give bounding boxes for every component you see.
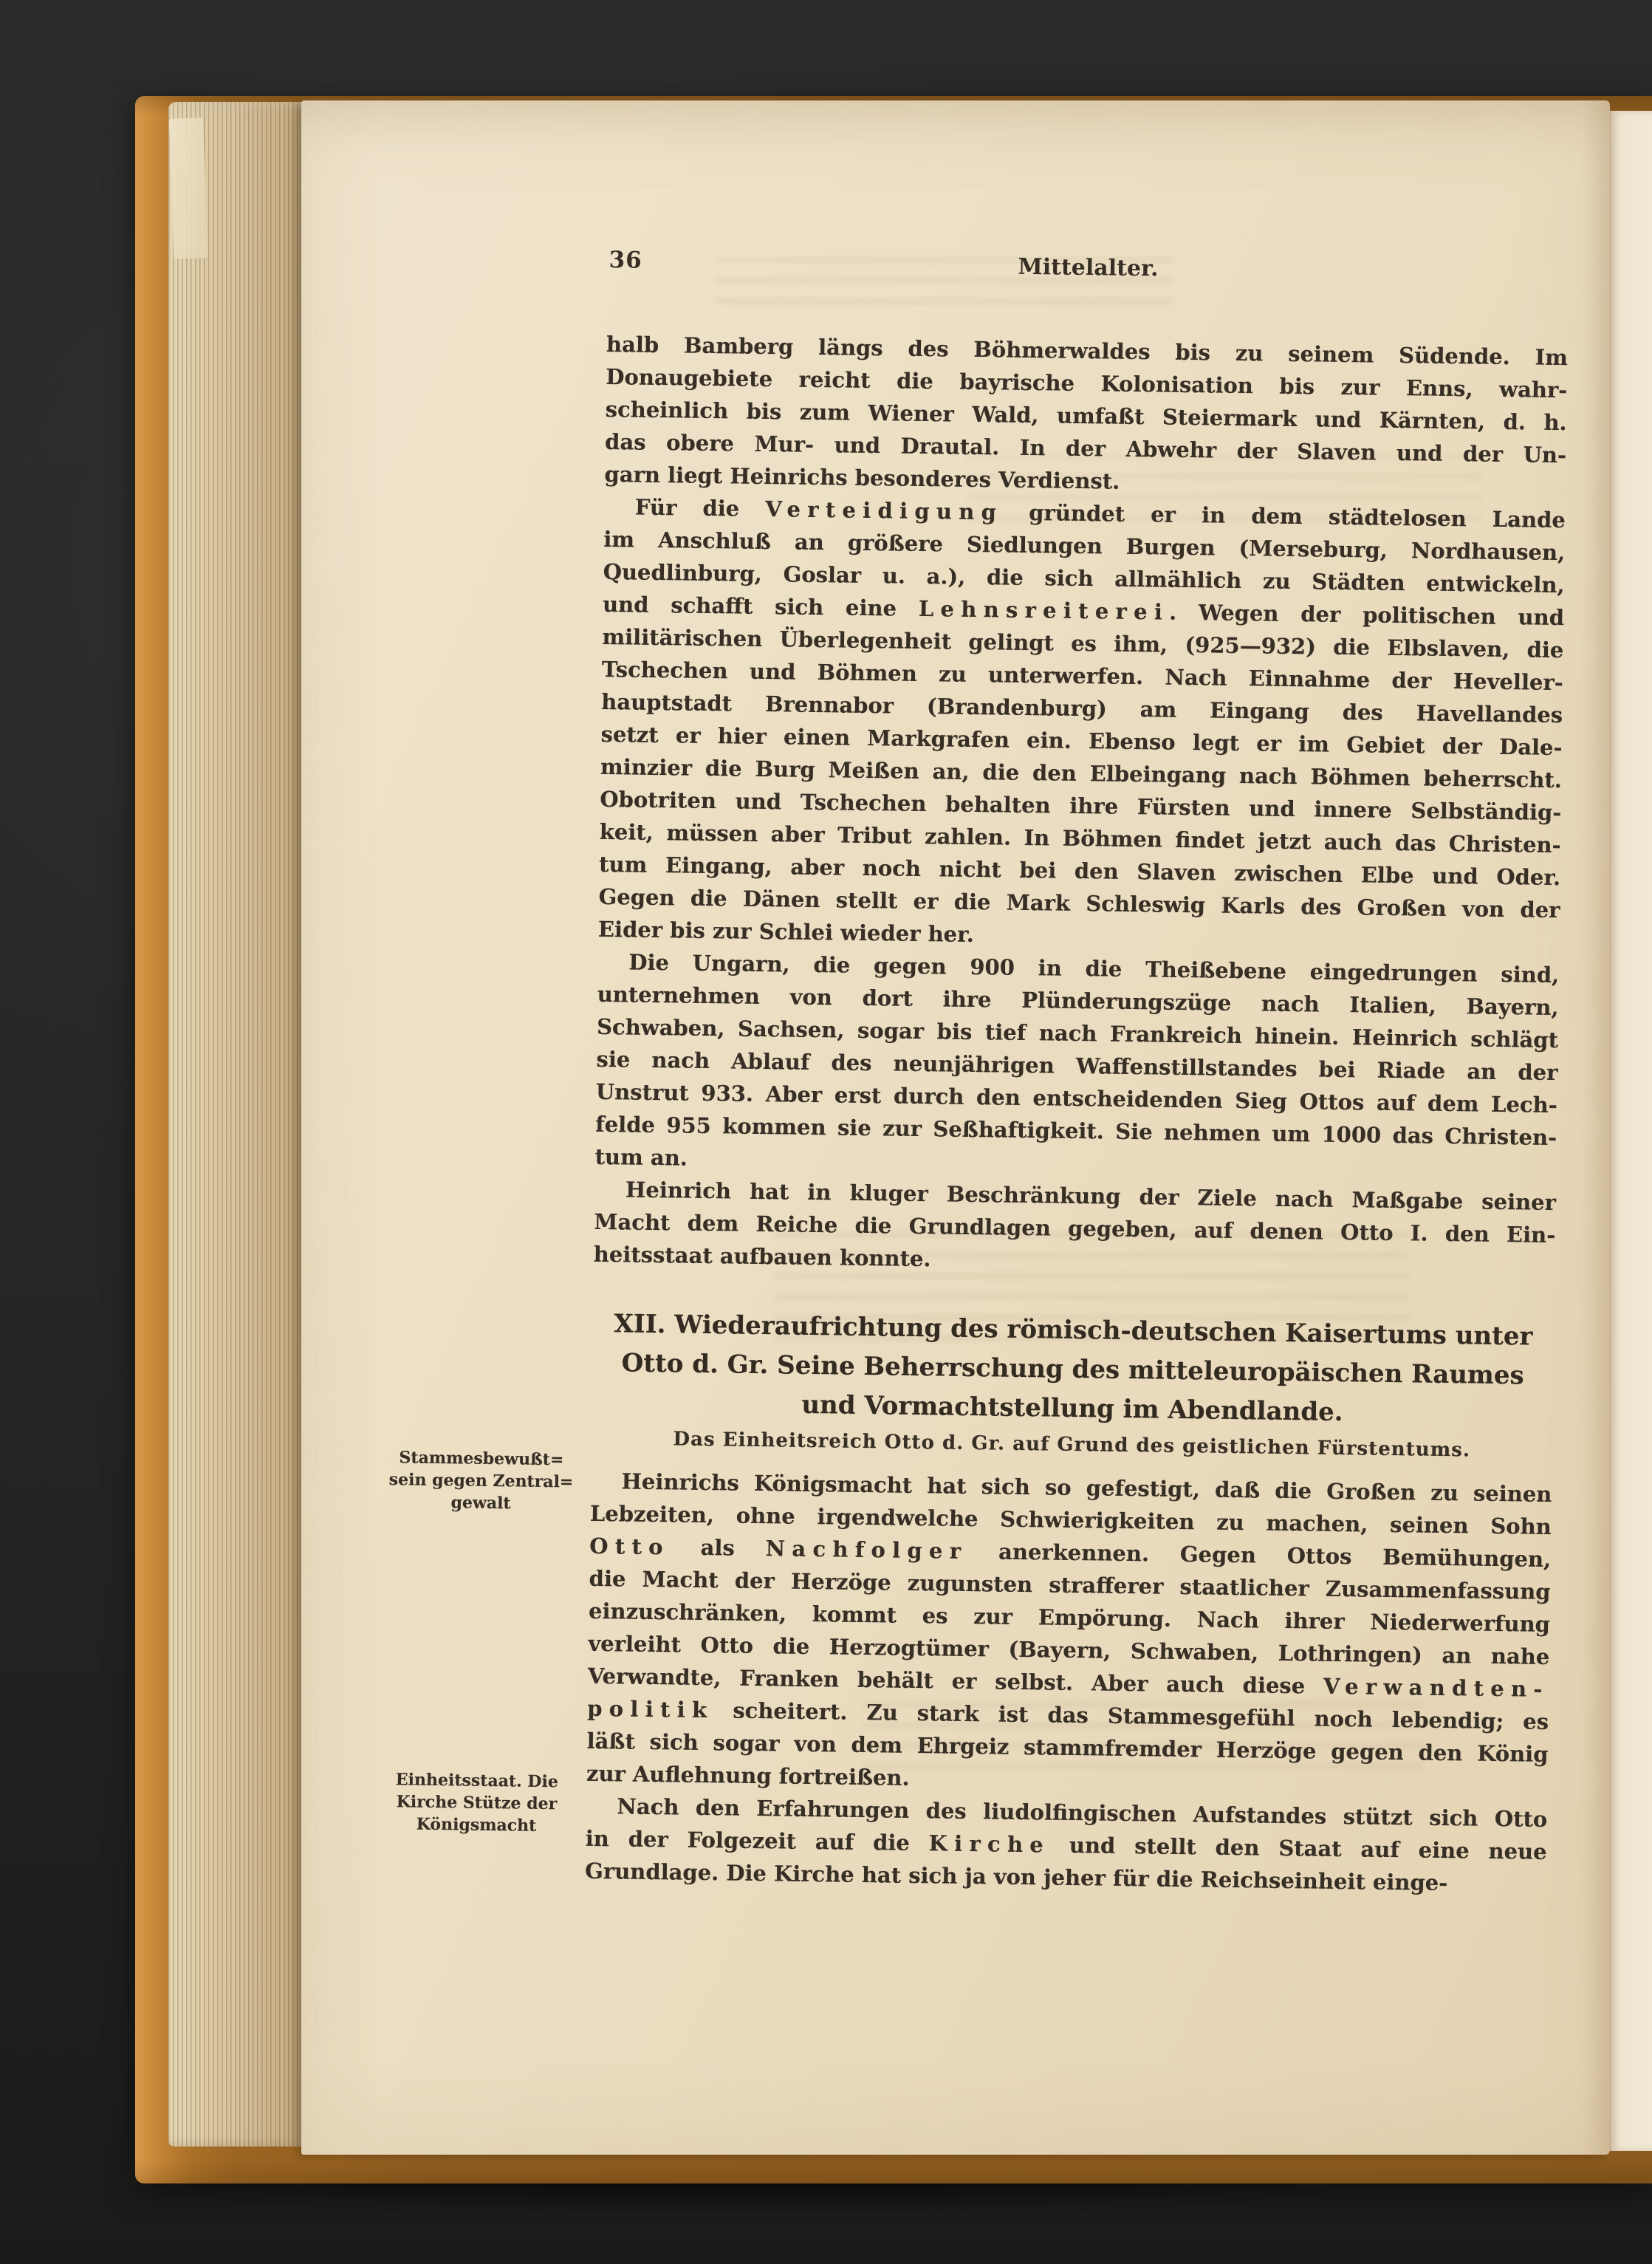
page-stack-edges	[168, 102, 303, 2147]
paragraph: Heinrich hat in kluger Beschränkung der …	[594, 1173, 1557, 1284]
paragraph: halb Bamberg längs des Böhmerwaldes bis …	[604, 328, 1568, 504]
paragraph: Für die Verteidigung gründet er in dem s…	[598, 490, 1566, 959]
next-page-sliver	[1610, 111, 1652, 2151]
paragraph: Die Ungarn, die gegen 900 in die Theißeb…	[594, 945, 1559, 1186]
margin-note: Stammesbewußt=sein gegen Zentral=gewalt	[385, 1446, 577, 1516]
page-corner-slip	[169, 117, 208, 259]
paragraph: Nach den Erfahrungen des liudolfingische…	[585, 1790, 1548, 1901]
running-title: Mittelalter.	[607, 248, 1569, 287]
book-page: 36 Mittelalter. halb Bamberg längs des B…	[301, 100, 1610, 2155]
margin-note: Einheitsstaat. DieKirche Stütze derKönig…	[381, 1768, 572, 1838]
heading: XII. Wiederaufrichtung des römisch-deuts…	[592, 1304, 1555, 1435]
margin-notes: Stammesbewußt=sein gegen Zentral=gewaltE…	[304, 100, 1610, 114]
running-head: 36 Mittelalter.	[607, 247, 1569, 294]
printed-text-layer: 36 Mittelalter. halb Bamberg längs des B…	[301, 100, 1610, 2155]
text-body: halb Bamberg längs des Böhmerwaldes bis …	[585, 328, 1568, 1901]
paragraph: Heinrichs Königsmacht hat sich so gefest…	[586, 1465, 1552, 1803]
